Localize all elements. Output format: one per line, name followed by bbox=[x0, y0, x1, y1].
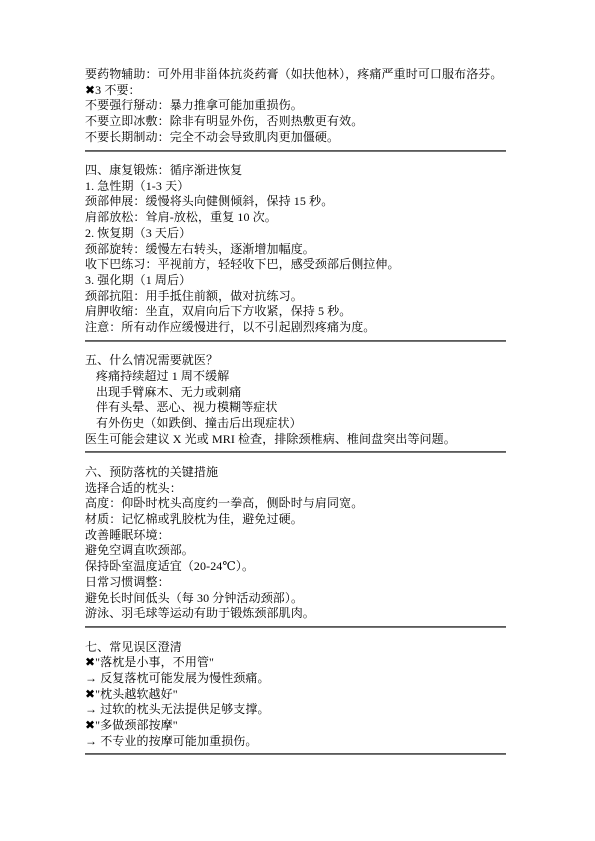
doc-line-donts-heading: ✖3 不要： bbox=[85, 83, 506, 99]
doc-line: 有外伤史（如跌倒、撞击后出现症状） bbox=[85, 416, 506, 432]
doc-line: 避免空调直吹颈部。 bbox=[85, 543, 506, 559]
section-divider bbox=[85, 150, 506, 152]
section-divider bbox=[85, 340, 506, 342]
doc-line: 1. 急性期（1-3 天） bbox=[85, 179, 506, 195]
section-treatment-donts: 要药物辅助：可外用非甾体抗炎药膏（如扶他林），疼痛严重时可口服布洛芬。 ✖3 不… bbox=[85, 67, 506, 146]
doc-line: 肩部放松：耸肩-放松，重复 10 次。 bbox=[85, 210, 506, 226]
doc-line: 医生可能会建议 X 光或 MRI 检查，排除颈椎病、椎间盘突出等问题。 bbox=[85, 432, 506, 448]
section-when-to-see-doctor: 五、什么情况需要就医？ 疼痛持续超过 1 周不缓解 出现手臂麻木、无力或刺痛 伴… bbox=[85, 353, 506, 447]
section-heading: 七、常见误区澄清 bbox=[85, 640, 506, 656]
doc-line: 肩胛收缩：坐直，双肩向后下方收紧，保持 5 秒。 bbox=[85, 304, 506, 320]
doc-line: 改善睡眠环境： bbox=[85, 528, 506, 544]
doc-line: 不要长期制动：完全不动会导致肌肉更加僵硬。 bbox=[85, 130, 506, 146]
doc-line-myth: ✖"枕头越软越好" bbox=[85, 687, 506, 703]
doc-line: 游泳、羽毛球等运动有助于锻炼颈部肌肉。 bbox=[85, 606, 506, 622]
document-page: 要药物辅助：可外用非甾体抗炎药膏（如扶他林），疼痛严重时可口服布洛芬。 ✖3 不… bbox=[0, 0, 595, 841]
doc-line-myth: ✖"多做颈部按摩" bbox=[85, 718, 506, 734]
doc-line: 收下巴练习：平视前方，轻轻收下巴，感受颈部后侧拉伸。 bbox=[85, 257, 506, 273]
doc-line-correction: → 过软的枕头无法提供足够支撑。 bbox=[85, 702, 506, 718]
doc-line-correction: → 反复落枕可能发展为慢性颈痛。 bbox=[85, 671, 506, 687]
doc-line: 2. 恢复期（3 天后） bbox=[85, 226, 506, 242]
doc-line: 出现手臂麻木、无力或刺痛 bbox=[85, 385, 506, 401]
doc-line: 选择合适的枕头： bbox=[85, 481, 506, 497]
section-heading: 四、康复锻炼：循序渐进恢复 bbox=[85, 163, 506, 179]
section-common-myths: 七、常见误区澄清 ✖"落枕是小事，不用管" → 反复落枕可能发展为慢性颈痛。 ✖… bbox=[85, 640, 506, 750]
doc-line: 日常习惯调整： bbox=[85, 575, 506, 591]
doc-line: 颈部旋转：缓慢左右转头，逐渐增加幅度。 bbox=[85, 242, 506, 258]
doc-line: 要药物辅助：可外用非甾体抗炎药膏（如扶他林），疼痛严重时可口服布洛芬。 bbox=[85, 67, 506, 83]
doc-line: 注意：所有动作应缓慢进行，以不引起剧烈疼痛为度。 bbox=[85, 320, 506, 336]
doc-line: 3. 强化期（1 周后） bbox=[85, 273, 506, 289]
section-rehab-exercise: 四、康复锻炼：循序渐进恢复 1. 急性期（1-3 天） 颈部伸展：缓慢将头向健侧… bbox=[85, 163, 506, 336]
section-heading: 五、什么情况需要就医？ bbox=[85, 353, 506, 369]
doc-line: 保持卧室温度适宜（20-24℃）。 bbox=[85, 559, 506, 575]
doc-line: 材质：记忆棉或乳胶枕为佳，避免过硬。 bbox=[85, 512, 506, 528]
section-divider bbox=[85, 451, 506, 453]
doc-line: 颈部抗阻：用手抵住前额，做对抗练习。 bbox=[85, 289, 506, 305]
doc-line-correction: → 不专业的按摩可能加重损伤。 bbox=[85, 734, 506, 750]
doc-line: 不要强行掰动：暴力推拿可能加重损伤。 bbox=[85, 98, 506, 114]
doc-line-myth: ✖"落枕是小事，不用管" bbox=[85, 655, 506, 671]
section-heading: 六、预防落枕的关键措施 bbox=[85, 465, 506, 481]
section-prevention-measures: 六、预防落枕的关键措施 选择合适的枕头： 高度：仰卧时枕头高度约一拳高，侧卧时与… bbox=[85, 465, 506, 622]
doc-line: 不要立即冰敷：除非有明显外伤，否则热敷更有效。 bbox=[85, 114, 506, 130]
doc-line: 疼痛持续超过 1 周不缓解 bbox=[85, 369, 506, 385]
doc-line: 颈部伸展：缓慢将头向健侧倾斜，保持 15 秒。 bbox=[85, 194, 506, 210]
document-content: 要药物辅助：可外用非甾体抗炎药膏（如扶他林），疼痛严重时可口服布洛芬。 ✖3 不… bbox=[85, 67, 506, 767]
doc-line: 避免长时间低头（每 30 分钟活动颈部）。 bbox=[85, 591, 506, 607]
doc-line: 高度：仰卧时枕头高度约一拳高，侧卧时与肩同宽。 bbox=[85, 496, 506, 512]
section-divider bbox=[85, 626, 506, 628]
doc-line: 伴有头晕、恶心、视力模糊等症状 bbox=[85, 400, 506, 416]
section-divider bbox=[85, 753, 506, 755]
